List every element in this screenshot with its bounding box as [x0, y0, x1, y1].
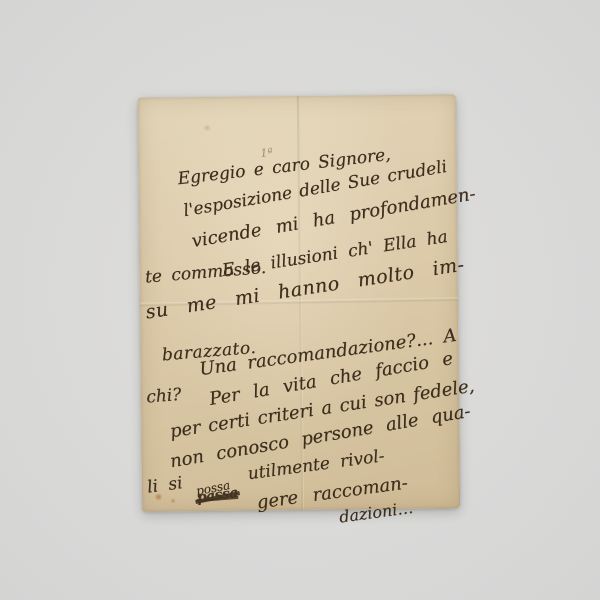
correction-stack: possa passa	[195, 482, 238, 503]
struck-out-word: passa	[196, 489, 238, 503]
correction-text-before: li si	[146, 473, 184, 498]
foxing-stain	[202, 125, 212, 131]
manuscript-line-closing: dazioni…	[338, 500, 414, 526]
letter-paper: 1ª Egregio e caro Signore, l'esposizione…	[138, 94, 460, 511]
manuscript-line: chi?	[146, 387, 182, 407]
photo-background: 1ª Egregio e caro Signore, l'esposizione…	[0, 0, 600, 600]
